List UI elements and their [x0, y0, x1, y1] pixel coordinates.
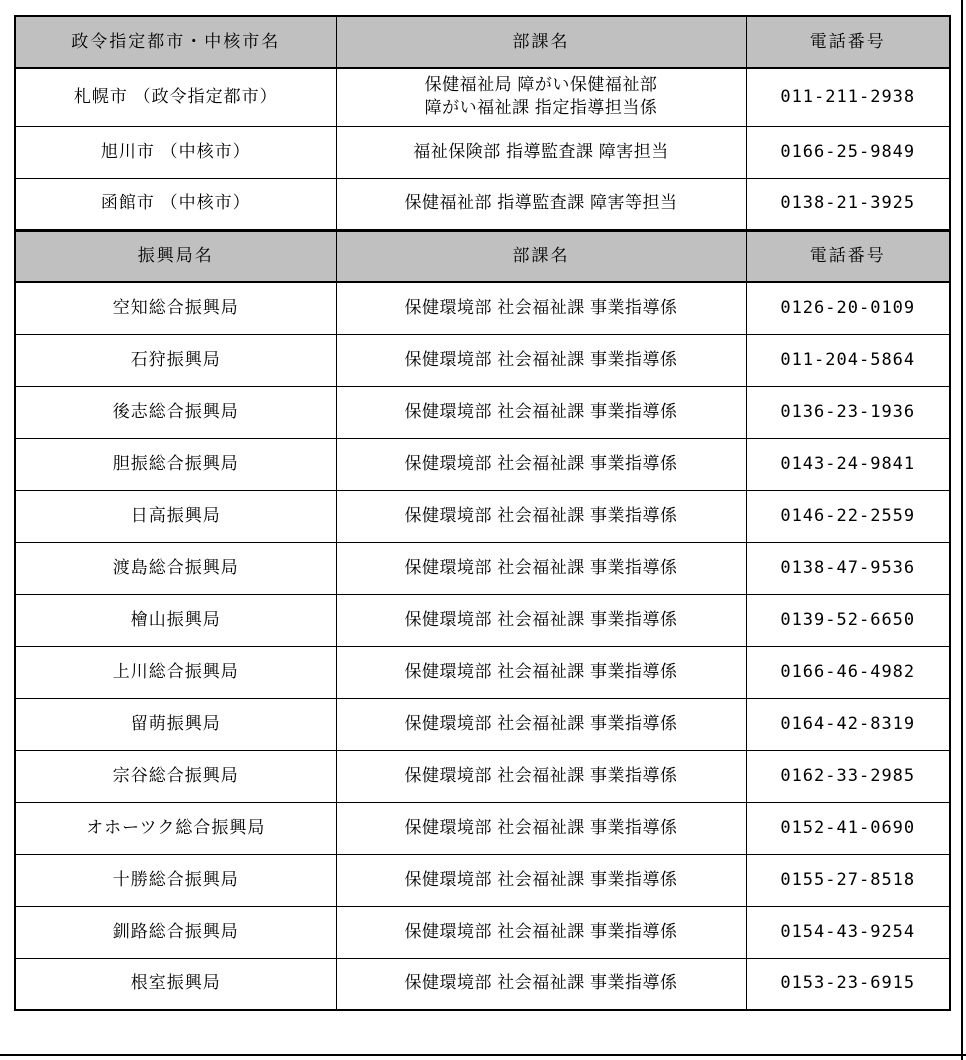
department-line: 保健環境部 社会福祉課 事業指導係	[341, 921, 742, 944]
phone-number-cell: 0126-20-0109	[746, 282, 950, 334]
table-row: 十勝総合振興局保健環境部 社会福祉課 事業指導係0155-27-8518	[15, 854, 950, 906]
org-name-cell: 十勝総合振興局	[15, 854, 336, 906]
table-row: 根室振興局保健環境部 社会福祉課 事業指導係0153-23-6915	[15, 958, 950, 1010]
column-header: 電話番号	[746, 16, 950, 68]
page-edge-vertical-rule	[961, 0, 963, 1060]
department-line: 保健環境部 社会福祉課 事業指導係	[341, 869, 742, 892]
org-name-cell: 宗谷総合振興局	[15, 750, 336, 802]
phone-number-cell: 0139-52-6650	[746, 594, 950, 646]
phone-number-cell: 0146-22-2559	[746, 490, 950, 542]
table-row: 檜山振興局保健環境部 社会福祉課 事業指導係0139-52-6650	[15, 594, 950, 646]
department-line: 保健福祉部 指導監査課 障害等担当	[341, 192, 742, 215]
department-line: 保健環境部 社会福祉課 事業指導係	[341, 557, 742, 580]
department-cell: 保健環境部 社会福祉課 事業指導係	[336, 282, 746, 334]
table-row: 胆振総合振興局保健環境部 社会福祉課 事業指導係0143-24-9841	[15, 438, 950, 490]
column-header: 振興局名	[15, 230, 336, 282]
phone-number-cell: 0155-27-8518	[746, 854, 950, 906]
phone-number-cell: 0154-43-9254	[746, 906, 950, 958]
document-page: 政令指定都市・中核市名部課名電話番号札幌市 （政令指定都市）保健福祉局 障がい保…	[0, 0, 966, 1060]
phone-number-cell: 0164-42-8319	[746, 698, 950, 750]
org-name-cell: 留萌振興局	[15, 698, 336, 750]
department-cell: 保健環境部 社会福祉課 事業指導係	[336, 594, 746, 646]
table-row: 函館市 （中核市）保健福祉部 指導監査課 障害等担当0138-21-3925	[15, 178, 950, 230]
department-line: 福祉保険部 指導監査課 障害担当	[341, 141, 742, 164]
phone-number-cell: 0138-21-3925	[746, 178, 950, 230]
phone-number-cell: 0143-24-9841	[746, 438, 950, 490]
section-promotion-bureaus: 振興局名部課名電話番号空知総合振興局保健環境部 社会福祉課 事業指導係0126-…	[15, 230, 950, 1010]
org-name-cell: 石狩振興局	[15, 334, 336, 386]
page-edge-horizontal-rule	[0, 1054, 966, 1056]
department-line: 保健環境部 社会福祉課 事業指導係	[341, 609, 742, 632]
department-cell: 保健環境部 社会福祉課 事業指導係	[336, 334, 746, 386]
phone-number-cell: 0138-47-9536	[746, 542, 950, 594]
org-name-cell: 胆振総合振興局	[15, 438, 336, 490]
department-line: 保健環境部 社会福祉課 事業指導係	[341, 817, 742, 840]
org-name-cell: 札幌市 （政令指定都市）	[15, 68, 336, 126]
department-line: 保健環境部 社会福祉課 事業指導係	[341, 297, 742, 320]
org-name-cell: 函館市 （中核市）	[15, 178, 336, 230]
column-header: 部課名	[336, 230, 746, 282]
department-cell: 保健環境部 社会福祉課 事業指導係	[336, 438, 746, 490]
department-cell: 保健福祉局 障がい保健福祉部障がい福祉課 指定指導担当係	[336, 68, 746, 126]
department-cell: 保健環境部 社会福祉課 事業指導係	[336, 542, 746, 594]
column-header: 電話番号	[746, 230, 950, 282]
org-name-cell: 釧路総合振興局	[15, 906, 336, 958]
department-line: 保健福祉局 障がい保健福祉部	[341, 74, 742, 97]
table-row: 石狩振興局保健環境部 社会福祉課 事業指導係011-204-5864	[15, 334, 950, 386]
phone-number-cell: 0152-41-0690	[746, 802, 950, 854]
department-cell: 福祉保険部 指導監査課 障害担当	[336, 126, 746, 178]
phone-number-cell: 011-211-2938	[746, 68, 950, 126]
department-cell: 保健環境部 社会福祉課 事業指導係	[336, 698, 746, 750]
org-name-cell: 根室振興局	[15, 958, 336, 1010]
department-line: 保健環境部 社会福祉課 事業指導係	[341, 349, 742, 372]
department-cell: 保健環境部 社会福祉課 事業指導係	[336, 750, 746, 802]
department-cell: 保健環境部 社会福祉課 事業指導係	[336, 646, 746, 698]
column-header: 政令指定都市・中核市名	[15, 16, 336, 68]
department-cell: 保健環境部 社会福祉課 事業指導係	[336, 958, 746, 1010]
department-line: 保健環境部 社会福祉課 事業指導係	[341, 765, 742, 788]
org-name-cell: 空知総合振興局	[15, 282, 336, 334]
department-cell: 保健福祉部 指導監査課 障害等担当	[336, 178, 746, 230]
contact-table: 政令指定都市・中核市名部課名電話番号札幌市 （政令指定都市）保健福祉局 障がい保…	[14, 15, 951, 1011]
phone-number-cell: 0166-25-9849	[746, 126, 950, 178]
org-name-cell: 渡島総合振興局	[15, 542, 336, 594]
table-row: 留萌振興局保健環境部 社会福祉課 事業指導係0164-42-8319	[15, 698, 950, 750]
department-cell: 保健環境部 社会福祉課 事業指導係	[336, 490, 746, 542]
org-name-cell: 日高振興局	[15, 490, 336, 542]
column-header: 部課名	[336, 16, 746, 68]
header-row: 政令指定都市・中核市名部課名電話番号	[15, 16, 950, 68]
org-name-cell: 上川総合振興局	[15, 646, 336, 698]
department-cell: 保健環境部 社会福祉課 事業指導係	[336, 802, 746, 854]
department-line: 保健環境部 社会福祉課 事業指導係	[341, 972, 742, 995]
org-name-cell: 旭川市 （中核市）	[15, 126, 336, 178]
table-row: 上川総合振興局保健環境部 社会福祉課 事業指導係0166-46-4982	[15, 646, 950, 698]
table-row: 後志総合振興局保健環境部 社会福祉課 事業指導係0136-23-1936	[15, 386, 950, 438]
department-cell: 保健環境部 社会福祉課 事業指導係	[336, 906, 746, 958]
table-row: 渡島総合振興局保健環境部 社会福祉課 事業指導係0138-47-9536	[15, 542, 950, 594]
org-name-cell: 檜山振興局	[15, 594, 336, 646]
table-row: 宗谷総合振興局保健環境部 社会福祉課 事業指導係0162-33-2985	[15, 750, 950, 802]
section-designated-cities: 政令指定都市・中核市名部課名電話番号札幌市 （政令指定都市）保健福祉局 障がい保…	[15, 16, 950, 230]
department-line: 保健環境部 社会福祉課 事業指導係	[341, 713, 742, 736]
header-row: 振興局名部課名電話番号	[15, 230, 950, 282]
department-cell: 保健環境部 社会福祉課 事業指導係	[336, 386, 746, 438]
department-line: 保健環境部 社会福祉課 事業指導係	[341, 453, 742, 476]
department-line: 保健環境部 社会福祉課 事業指導係	[341, 401, 742, 424]
department-cell: 保健環境部 社会福祉課 事業指導係	[336, 854, 746, 906]
org-name-cell: オホーツク総合振興局	[15, 802, 336, 854]
department-line: 保健環境部 社会福祉課 事業指導係	[341, 661, 742, 684]
org-name-cell: 後志総合振興局	[15, 386, 336, 438]
phone-number-cell: 011-204-5864	[746, 334, 950, 386]
table-row: 空知総合振興局保健環境部 社会福祉課 事業指導係0126-20-0109	[15, 282, 950, 334]
phone-number-cell: 0162-33-2985	[746, 750, 950, 802]
table-row: 日高振興局保健環境部 社会福祉課 事業指導係0146-22-2559	[15, 490, 950, 542]
table-row: 旭川市 （中核市）福祉保険部 指導監査課 障害担当0166-25-9849	[15, 126, 950, 178]
phone-number-cell: 0136-23-1936	[746, 386, 950, 438]
table-row: 札幌市 （政令指定都市）保健福祉局 障がい保健福祉部障がい福祉課 指定指導担当係…	[15, 68, 950, 126]
table-row: 釧路総合振興局保健環境部 社会福祉課 事業指導係0154-43-9254	[15, 906, 950, 958]
department-line: 障がい福祉課 指定指導担当係	[341, 97, 742, 120]
phone-number-cell: 0153-23-6915	[746, 958, 950, 1010]
department-line: 保健環境部 社会福祉課 事業指導係	[341, 505, 742, 528]
table-row: オホーツク総合振興局保健環境部 社会福祉課 事業指導係0152-41-0690	[15, 802, 950, 854]
phone-number-cell: 0166-46-4982	[746, 646, 950, 698]
